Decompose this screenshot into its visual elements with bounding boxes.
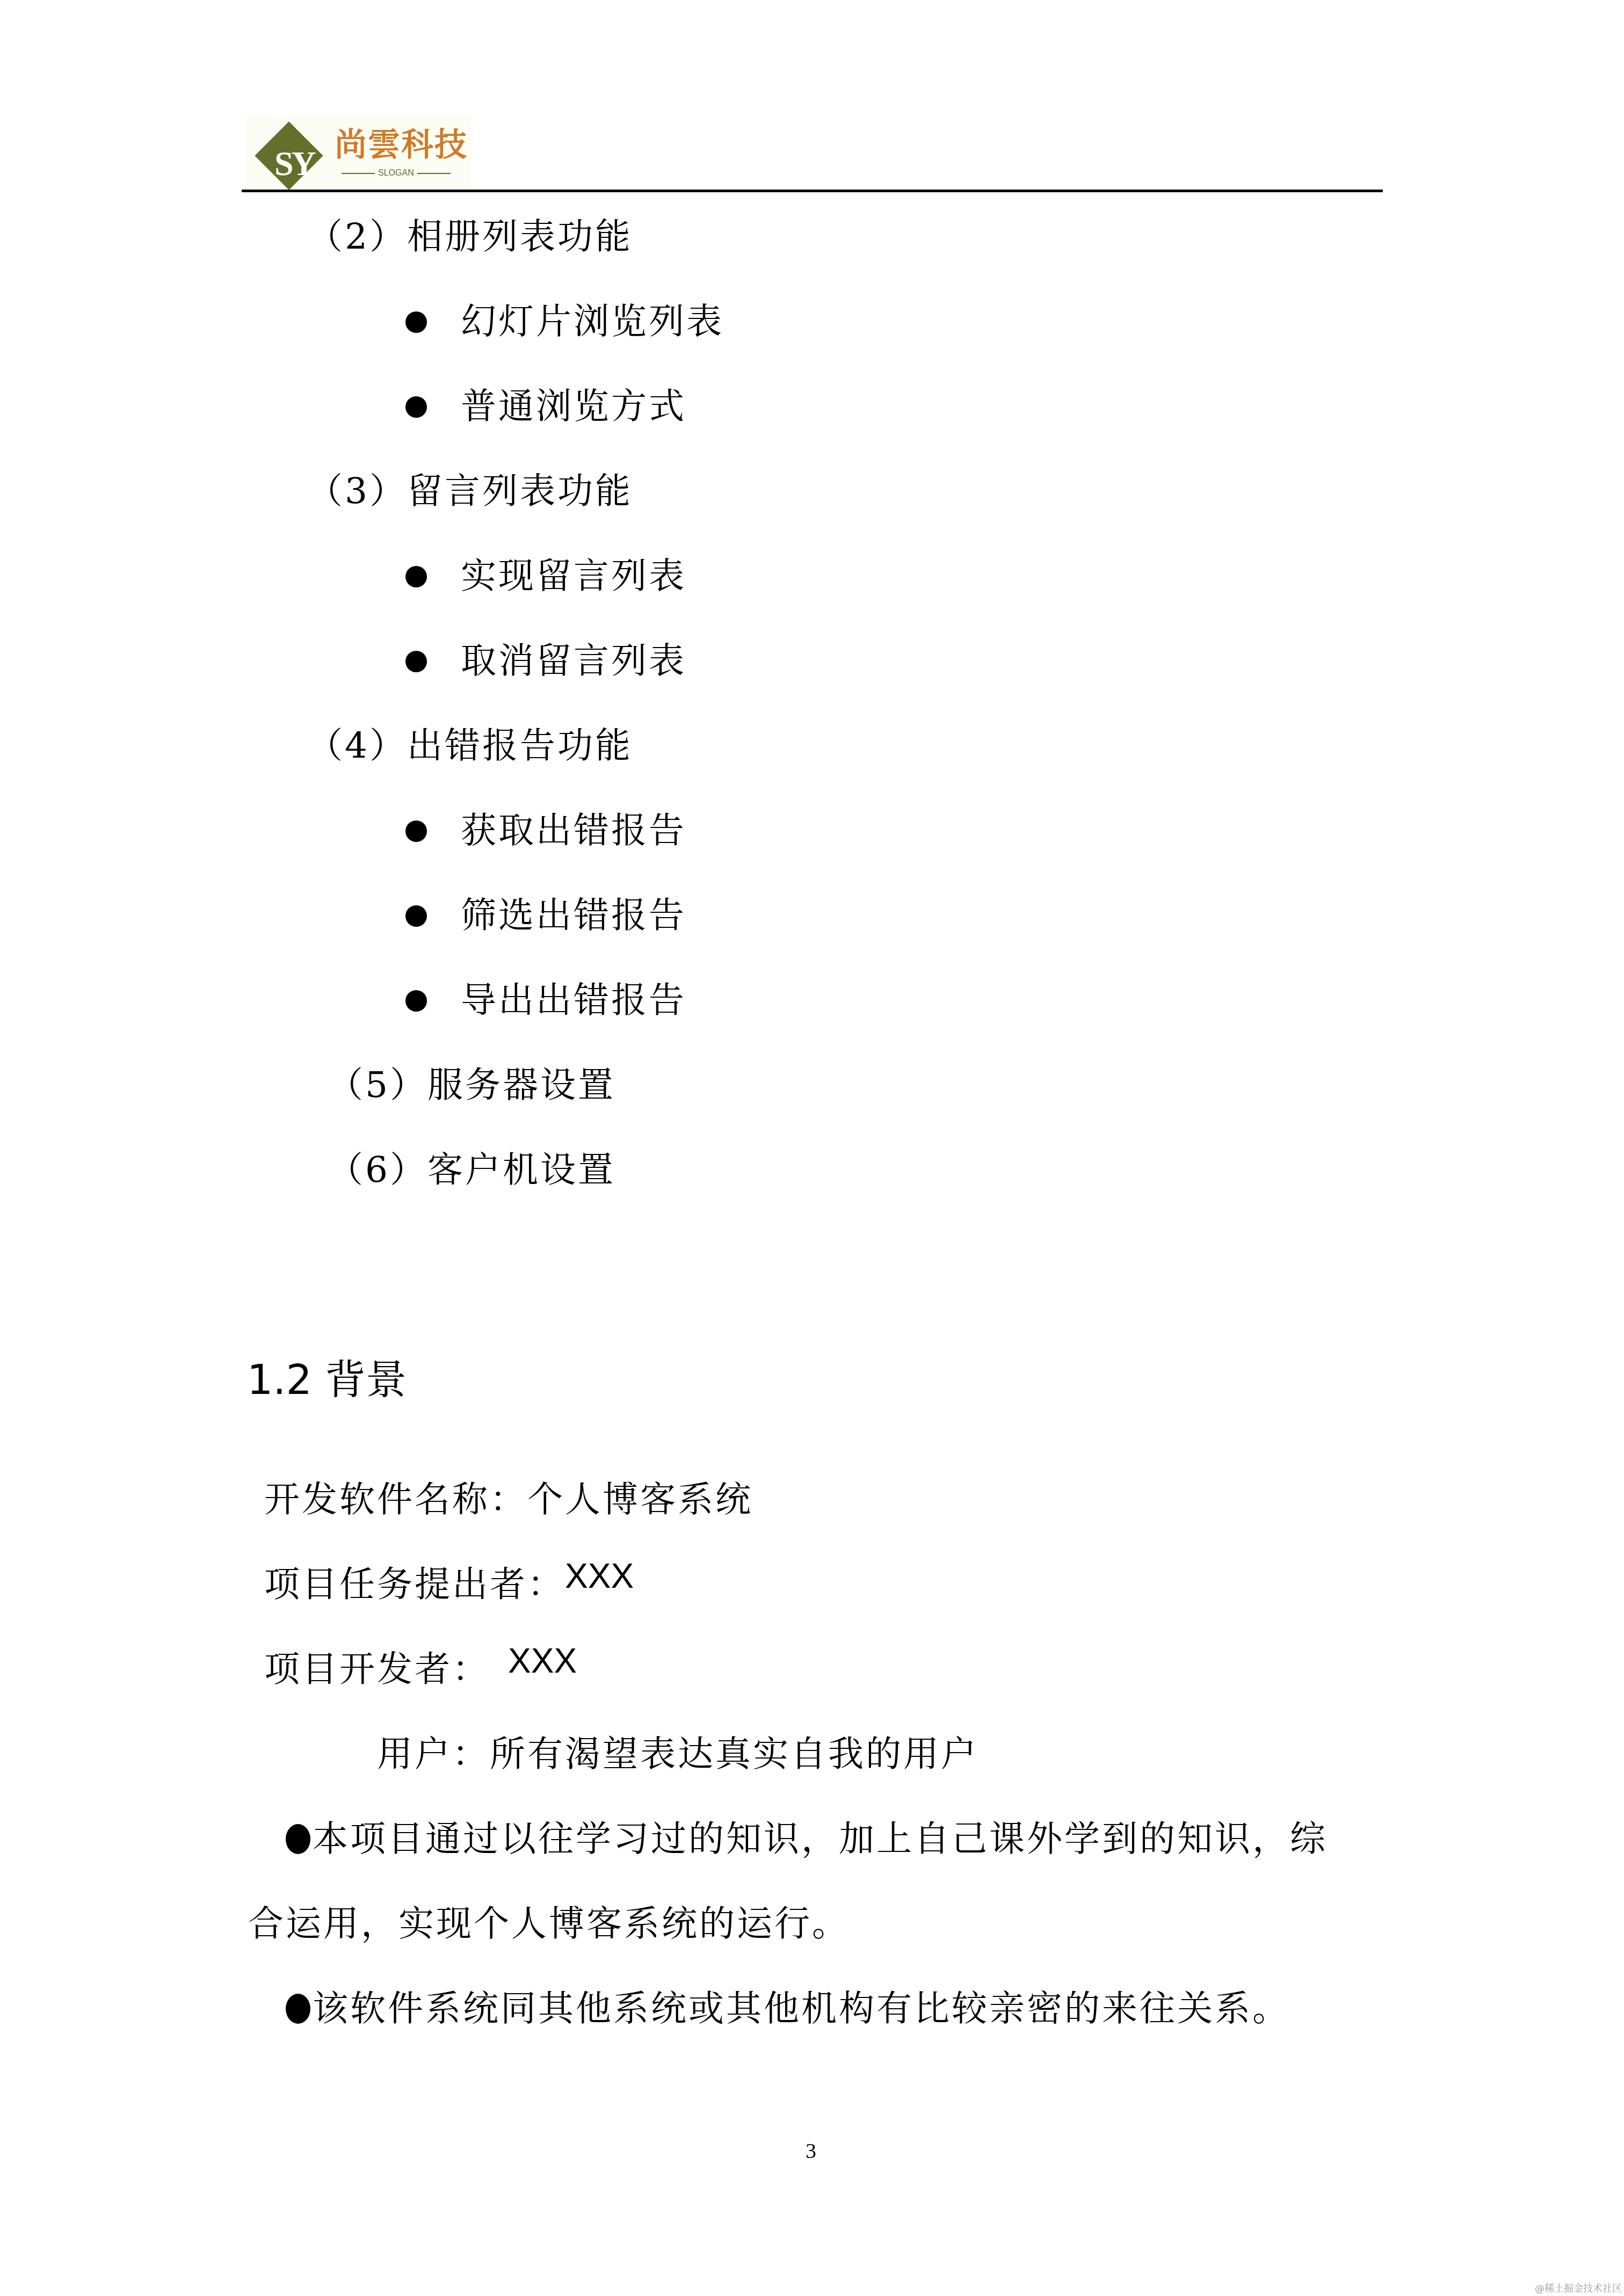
paragraph-1-line-2: 合运用，实现个人博客系统的运行。 — [248, 1906, 850, 1942]
field-value: 所有渴望表达真实自我的用户 — [490, 1733, 978, 1775]
logo-monogram: SY — [274, 147, 314, 181]
field-value: XXX — [508, 1641, 577, 1680]
slogan-rule-right — [417, 173, 451, 174]
paragraph-1-line-1: 本项目通过以往学习过的知识，加上自己课外学到的知识，综 — [286, 1821, 1328, 1857]
feature-heading: （2）相册列表功能 — [307, 219, 633, 255]
bullet-icon — [405, 820, 427, 842]
paragraph-2: 该软件系统同其他系统或其他机构有比较亲密的来往关系。 — [286, 1991, 1290, 2026]
bullet-icon — [286, 1994, 310, 2024]
field-value: 个人博客系统 — [527, 1479, 753, 1520]
field-label: 项目任务提出者： — [264, 1564, 565, 1605]
section-heading: 1.2 背景 — [247, 1360, 407, 1400]
feature-item: 筛选出错报告 — [461, 898, 686, 933]
feature-heading: （4）出错报告功能 — [307, 728, 633, 764]
feature-item: 实现留言列表 — [461, 558, 686, 594]
field-label: 用户： — [377, 1733, 490, 1775]
field-software-name: 开发软件名称：个人博客系统 — [264, 1482, 753, 1517]
field-label: 项目开发者： — [264, 1648, 490, 1690]
logo-diamond-icon: SY — [254, 126, 324, 196]
feature-heading: （5）服务器设置 — [328, 1067, 615, 1103]
logo-company-name: 尚雲科技 — [335, 129, 468, 161]
field-value: XXX — [565, 1557, 634, 1595]
logo-slogan: SLOGAN — [342, 169, 451, 178]
document-page: SY 尚雲科技 SLOGAN （2）相册列表功能 幻灯片浏览列表 普通浏览方式 … — [0, 0, 1624, 2296]
feature-heading: （6）客户机设置 — [328, 1152, 615, 1188]
bullet-icon — [405, 311, 427, 333]
feature-item: 幻灯片浏览列表 — [461, 304, 724, 339]
bullet-icon — [405, 396, 427, 418]
feature-item: 获取出错报告 — [461, 813, 686, 848]
field-task-proposer: 项目任务提出者：XXX — [264, 1567, 634, 1602]
field-users: 用户：所有渴望表达真实自我的用户 — [377, 1736, 978, 1772]
slogan-text: SLOGAN — [378, 169, 414, 178]
feature-heading: （3）留言列表功能 — [307, 474, 633, 509]
field-developer: 项目开发者：XXX — [264, 1652, 577, 1687]
feature-item: 取消留言列表 — [461, 643, 686, 679]
bullet-icon — [286, 1824, 310, 1854]
feature-item: 普通浏览方式 — [461, 389, 686, 424]
slogan-rule-left — [342, 173, 375, 174]
bullet-icon — [405, 905, 427, 927]
company-logo: SY 尚雲科技 SLOGAN — [246, 115, 472, 188]
bullet-icon — [405, 651, 427, 672]
field-label: 开发软件名称： — [264, 1479, 527, 1520]
bullet-icon — [405, 990, 427, 1012]
bullet-icon — [405, 566, 427, 587]
feature-item: 导出出错报告 — [461, 983, 686, 1018]
page-number: 3 — [806, 2138, 816, 2163]
header-divider — [242, 190, 1383, 192]
watermark: @稀土掘金技术社区 — [1535, 2281, 1622, 2295]
